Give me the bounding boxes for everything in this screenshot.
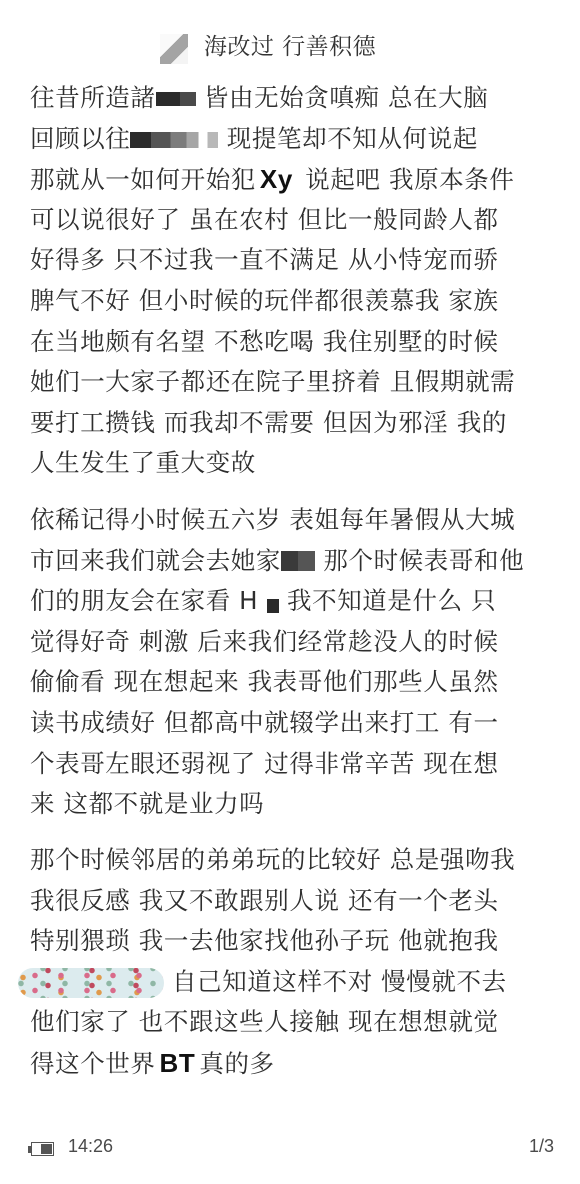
clock-time: 14:26: [68, 1136, 113, 1157]
paragraph-2: 依稀记得小时候五六岁 表姐每年暑假从大城 市回来我们就会去她家 那个时候表哥和他…: [30, 500, 555, 825]
text-line: 得这个世界BT真的多: [30, 1043, 555, 1084]
title-text: 海改过 行善积德: [204, 34, 376, 60]
overlay-latin-text: BT: [160, 1048, 196, 1078]
page-indicator: 1/3: [529, 1136, 554, 1157]
paragraph-1: 往昔所造諸 皆由无始贪嗔痴 总在大脑 回顾以往 现提笔却不知从何说起 那就从一如…: [30, 78, 555, 484]
text-line: 在当地颇有名望 不愁吃喝 我住别墅的时候: [30, 322, 555, 363]
redaction-mosaic: [130, 132, 218, 148]
line-text: 们的朋友会在家看 H: [30, 586, 267, 615]
text-line: 要打工攒钱 而我却不需要 但因为邪淫 我的: [30, 403, 555, 444]
text-line: 觉得好奇 刺激 后来我们经常趁没人的时候: [30, 622, 555, 663]
page-title: 海改过 行善积德: [0, 28, 580, 61]
line-text: 说起吧 我原本条件: [297, 165, 515, 194]
text-line: 可以说很好了 虽在农村 但比一般同龄人都: [30, 200, 555, 241]
line-text: 回顾以往: [30, 124, 130, 153]
title-redaction-mark: [160, 34, 188, 64]
line-text: 那个时候表哥和他: [315, 546, 524, 575]
reader-status-bar: 14:26 1/3: [0, 1135, 580, 1165]
text-line: 回顾以往 现提笔却不知从何说起: [30, 119, 555, 160]
text-line: 自己知道这样不对 慢慢就不去: [30, 962, 555, 1003]
text-line: 他们家了 也不跟这些人接触 现在想想就觉: [30, 1002, 555, 1043]
line-text: 得这个世界: [30, 1049, 156, 1078]
line-text: 自己知道这样不对 慢慢就不去: [172, 967, 507, 996]
line-text: 现提笔却不知从何说起: [218, 124, 477, 153]
text-line: 往昔所造諸 皆由无始贪嗔痴 总在大脑: [30, 78, 555, 119]
overlay-latin-text: Xy: [260, 164, 293, 194]
text-line: 那个时候邻居的弟弟玩的比较好 总是强吻我: [30, 840, 555, 881]
text-line: 她们一大家子都还在院子里挤着 且假期就需: [30, 362, 555, 403]
redaction-mosaic: [156, 92, 196, 106]
text-line: 来 这都不就是业力吗: [30, 784, 555, 825]
redaction-mosaic: [267, 599, 279, 613]
text-line: 好得多 只不过我一直不满足 从小恃宠而骄: [30, 240, 555, 281]
text-line: 特别猥琐 我一去他家找他孙子玩 他就抱我: [30, 921, 555, 962]
line-text: 往昔所造諸: [30, 83, 156, 112]
line-text: 那就从一如何开始犯: [30, 165, 256, 194]
text-line: 读书成绩好 但都高中就辍学出来打工 有一: [30, 703, 555, 744]
line-text: 我不知道是什么 只: [279, 586, 497, 615]
text-line: 偷偷看 现在想起来 我表哥他们那些人虽然: [30, 662, 555, 703]
text-line: 们的朋友会在家看 H 我不知道是什么 只: [30, 581, 555, 622]
text-line: 脾气不好 但小时候的玩伴都很羡慕我 家族: [30, 281, 555, 322]
text-line: 依稀记得小时候五六岁 表姐每年暑假从大城: [30, 500, 555, 541]
text-line: 个表哥左眼还弱视了 过得非常辛苦 现在想: [30, 744, 555, 785]
text-line: 我很反感 我又不敢跟别人说 还有一个老头: [30, 881, 555, 922]
line-text: 皆由无始贪嗔痴 总在大脑: [196, 83, 489, 112]
battery-half-icon: [28, 1142, 56, 1156]
text-line: 人生发生了重大变故: [30, 443, 555, 484]
redaction-mosaic: [281, 551, 315, 571]
line-text: 市回来我们就会去她家: [30, 546, 281, 575]
line-text: 真的多: [199, 1049, 274, 1078]
text-line: 市回来我们就会去她家 那个时候表哥和他: [30, 541, 555, 582]
polka-dot-sticker-icon: [18, 968, 164, 998]
paragraph-3: 那个时候邻居的弟弟玩的比较好 总是强吻我 我很反感 我又不敢跟别人说 还有一个老…: [30, 840, 555, 1084]
text-line: 那就从一如何开始犯Xy 说起吧 我原本条件: [30, 159, 555, 200]
